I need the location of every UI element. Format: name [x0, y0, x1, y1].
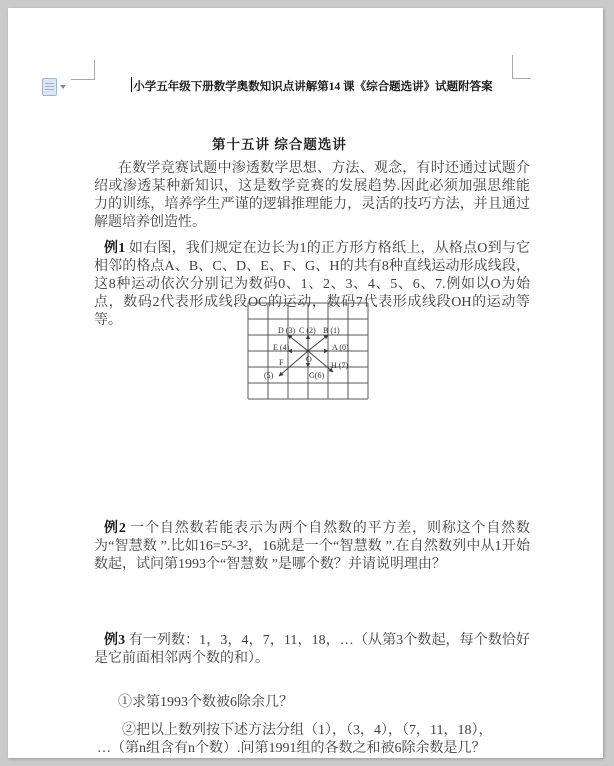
label-A0: A (0) [332, 343, 349, 352]
example2-text: 一个自然数若能表示为两个自然数的平方差，则称这个自然数为“智慧数 ”.比如16=… [94, 521, 530, 572]
paste-options-icon [42, 78, 57, 96]
label-H7: H (7) [331, 361, 348, 370]
label-C2: C (2) [299, 326, 316, 335]
label-D3: D (3) [278, 326, 295, 335]
grid-diagram: D (3) C (2) B (1) E (4) A (0) O F (5) G(… [240, 298, 375, 403]
example3-label: 例3 [104, 633, 125, 648]
example3-paragraph[interactable]: 例3 有一列数：1，3，4，7，11，18，…（从第3个数起，每个数恰好是它前面… [94, 632, 530, 668]
question2-line1[interactable]: ②把以上数列按下述方法分组（1），（3，4），（7，11，18）， [94, 722, 530, 740]
document-canvas: { "doc": { "title": "小学五年级下册数学奥数知识点讲解第14… [0, 0, 614, 766]
document-title: 小学五年级下册数学奥数知识点讲解第14 课《综合题选讲》试题附答案 [133, 81, 492, 93]
label-G6: G(6) [309, 371, 324, 380]
document-page: 小学五年级下册数学奥数知识点讲解第14 课《综合题选讲》试题附答案 第十五讲 综… [8, 8, 603, 758]
label-B1: B (1) [323, 326, 340, 335]
section-heading[interactable]: 第十五讲 综合题选讲 [212, 136, 347, 154]
example2-paragraph[interactable]: 例2 一个自然数若能表示为两个自然数的平方差，则称这个自然数为“智慧数 ”.比如… [94, 520, 530, 574]
label-O: O [306, 355, 312, 364]
example3-text: 有一列数：1，3，4，7，11，18，…（从第3个数起，每个数恰好是它前面相邻两… [94, 633, 530, 666]
example2-label: 例2 [104, 521, 126, 536]
intro-paragraph[interactable]: 在数学竞赛试题中渗透数学思想、方法、观念，有时还通过试题介绍或渗透某种新知识，这… [94, 160, 530, 232]
diagram-labels: D (3) C (2) B (1) E (4) A (0) O F (5) G(… [264, 326, 349, 380]
question2-line2[interactable]: …（第n组含有n个数）.问第1991组的各数之和被6除余数是几？ [94, 740, 533, 758]
label-5: (5) [264, 371, 274, 380]
label-F: F [279, 358, 284, 367]
paste-options-button[interactable] [42, 76, 74, 98]
margin-crop-mark-left [71, 60, 95, 80]
margin-crop-mark-right [512, 55, 531, 79]
label-E4: E (4) [273, 343, 290, 352]
chevron-down-icon [60, 85, 66, 89]
question1-line[interactable]: ①求第1993个数被6除余几？ [94, 694, 530, 712]
document-title-line[interactable]: 小学五年级下册数学奥数知识点讲解第14 课《综合题选讲》试题附答案 [94, 77, 530, 96]
example1-label: 例1 [104, 241, 125, 256]
